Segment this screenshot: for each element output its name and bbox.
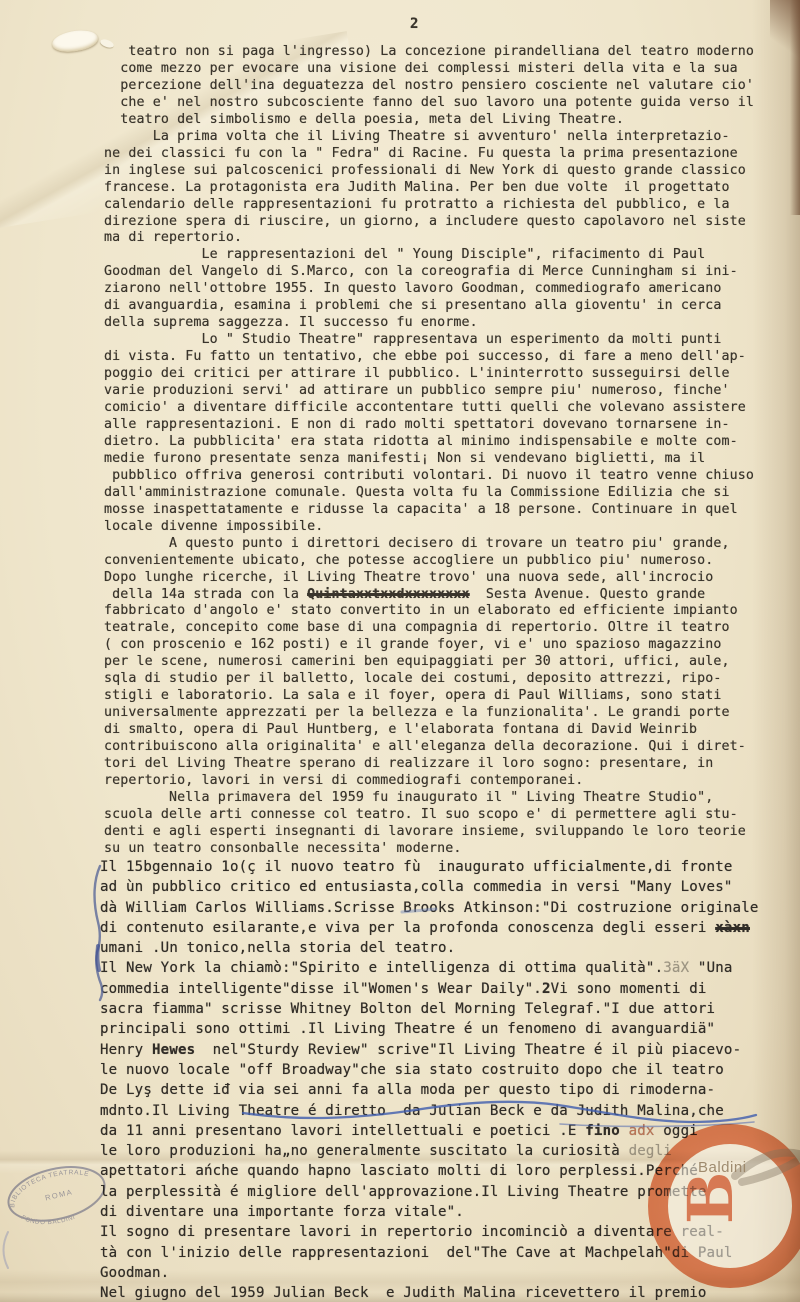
- text-line: Il New York la chiamò:"Spirito e intelli…: [100, 958, 759, 978]
- paper-corner-dark: [770, 0, 800, 70]
- text-line: principali sono ottimi .Il Living Theatr…: [100, 1019, 759, 1039]
- text-line: di contenuto esilarante,e viva per la pr…: [100, 918, 759, 938]
- text-line: poggio dei critici per attirare il pubbl…: [104, 366, 754, 383]
- document-page: 2 teatro non si paga l'ingresso) La conc…: [0, 0, 800, 1302]
- text-line: ad ùn pubblico critico ed entusiasta,col…: [100, 877, 759, 897]
- pen-margin-mark-blob: [97, 946, 99, 970]
- text-line: umani .Un tonico,nella storia del teatro…: [100, 938, 759, 958]
- text-segment: "Una: [689, 960, 732, 976]
- text-line: Goodman.: [100, 1263, 759, 1283]
- text-line: teatro non si paga l'ingresso) La concez…: [104, 44, 754, 61]
- stamp-oval-text-middle: ROMA: [44, 1187, 74, 1202]
- text-line: pubblico offriva generosi contributi vol…: [104, 468, 754, 485]
- text-segment: 3äX: [663, 960, 689, 976]
- text-line: di smalto, opera di Paul Huntberg, e l'e…: [104, 722, 754, 739]
- text-line: della 14a strada con la Quintaxxtxxdxxxx…: [104, 587, 754, 604]
- text-segment: 2: [542, 981, 551, 997]
- text-line: teatrale, concepito come base di una com…: [104, 620, 754, 637]
- text-line: ziarono nell'ottobre 1955. In questo lav…: [104, 281, 754, 298]
- text-line: Goodman del Vangelo di S.Marco, con la c…: [104, 264, 754, 281]
- text-line: varie produzioni servi' ad attirare un p…: [104, 383, 754, 400]
- text-line: teatro del simbolismo e della poesia, me…: [104, 112, 754, 129]
- text-line: Henry Hewes nel"Sturdy Review" scrive"Il…: [100, 1040, 759, 1060]
- text-line: universalmente apprezzati per la bellezz…: [104, 705, 754, 722]
- text-line: dall'amministrazione comunale. Questa vo…: [104, 485, 754, 502]
- svg-text:BIBLIOTECA TEATRALE: BIBLIOTECA TEATRALE: [4, 1163, 95, 1209]
- text-line: ma di repertorio.: [104, 230, 754, 247]
- text-line: Le rappresentazioni del " Young Disciple…: [104, 247, 754, 264]
- text-line: di diventare una importante forza vitale…: [100, 1202, 759, 1222]
- text-line: Nella primavera del 1959 fu inaugurato i…: [104, 790, 754, 807]
- stamp-oval-text-top: BIBLIOTECA TEATRALE: [4, 1163, 95, 1209]
- text-line: su un teatro consonballe necessita' mode…: [104, 841, 754, 858]
- text-line: Il sogno di presentare lavori in reperto…: [100, 1222, 759, 1242]
- text-line: da 11 anni presentano lavori intellettua…: [100, 1121, 759, 1141]
- text-line: Il 15bgennaio 1o(ç il nuovo teatro fù in…: [100, 857, 759, 877]
- text-segment: Sesta Avenue. Questo grande: [470, 587, 706, 602]
- text-segment: Hewes: [152, 1042, 195, 1058]
- text-line: percezione dell'ina deguatezza del nostr…: [104, 78, 754, 95]
- text-line: che e' nel nostro subcosciente fanno del…: [104, 95, 754, 112]
- text-segment: commedia intelligente"disse il"Women's W…: [100, 981, 542, 997]
- text-line: la perplessità é migliore dell'approvazi…: [100, 1182, 759, 1202]
- text-line: Lo " Studio Theatre" rappresentava un es…: [104, 332, 754, 349]
- text-segment: Quintaxxtxxdxxxxxxxx: [307, 587, 470, 602]
- text-line: stigli e laboratorio. La sala e il foyer…: [104, 688, 754, 705]
- text-line: mdnto.Il Living Theatre é diretto da Jul…: [100, 1101, 759, 1121]
- text-line: commedia intelligente"disse il"Women's W…: [100, 979, 759, 999]
- paper-tear: [51, 27, 100, 55]
- stamp-oval-border: [3, 1158, 110, 1229]
- text-line: A questo punto i direttori decisero di t…: [104, 536, 754, 553]
- pen-arc-bottom-left: [4, 1232, 9, 1268]
- text-line: ne dei classici fu con la " Fedra" di Ra…: [104, 146, 754, 163]
- text-line: sqla di studio per il balletto, locale d…: [104, 671, 754, 688]
- text-line: mosse inaspettatamente e ridusse la capa…: [104, 502, 754, 519]
- text-line: contribuiscono alla originalita' e all'e…: [104, 739, 754, 756]
- text-line: dietro. La pubblicita' era stata ridotta…: [104, 434, 754, 451]
- text-line: Nel giugno del 1959 Julian Beck e Judith…: [100, 1283, 759, 1302]
- text-line: direzione spera di riuscire, un giorno, …: [104, 214, 754, 231]
- text-segment: della 14a strada con la: [104, 587, 307, 602]
- text-segment: Il New York la chiamò:"Spirito e intelli…: [100, 960, 663, 976]
- text-line: calendario delle rappresentazioni fu pro…: [104, 197, 754, 214]
- text-line: di vista. Fu fatto un tentativo, che ebb…: [104, 349, 754, 366]
- text-line: per le scene, numerosi camerini ben equi…: [104, 654, 754, 671]
- text-segment: fino: [585, 1123, 620, 1139]
- text-line: scuola delle arti connesse col teatro. I…: [104, 807, 754, 824]
- page-number: 2: [410, 16, 418, 32]
- text-line: apettatori ańche quando hapno lasciato m…: [100, 1161, 759, 1181]
- typescript-section-top: teatro non si paga l'ingresso) La concez…: [104, 44, 754, 858]
- text-line: dà William Carlos Williams.Scrisse Brook…: [100, 898, 759, 918]
- text-line: Dopo lunghe ricerche, il Living Theatre …: [104, 570, 754, 587]
- text-line: convenientemente ubicato, che potesse ac…: [104, 553, 754, 570]
- text-line: ( con proscenio e 162 posti) e il grande…: [104, 637, 754, 654]
- text-line: della suprema saggezza. Il successo fu e…: [104, 315, 754, 332]
- text-segment: xàxn: [715, 920, 750, 936]
- text-line: La prima volta che il Living Theatre si …: [104, 129, 754, 146]
- text-segment: oggi: [655, 1123, 698, 1139]
- text-line: De Lyş dette iđ via sei anni fa alla mod…: [100, 1080, 759, 1100]
- text-line: fabbricato d'angolo e' stato convertito …: [104, 603, 754, 620]
- text-line: tori del Living Theatre sperano di reali…: [104, 756, 754, 773]
- text-segment: da 11 anni presentano lavori intellettua…: [100, 1123, 585, 1139]
- text-line: medie furono presentate senza manifesti¡…: [104, 451, 754, 468]
- text-line: repertorio, lavori in versi di commediog…: [104, 773, 754, 790]
- text-segment: le loro produzioni ha„no generalmente su…: [100, 1143, 629, 1159]
- text-line: sacra fiamma" scrisse Whitney Bolton del…: [100, 999, 759, 1019]
- text-segment: Henry: [100, 1042, 152, 1058]
- text-segment: nel"Sturdy Review" scrive"Il Living Thea…: [195, 1042, 741, 1058]
- text-segment: [620, 1123, 629, 1139]
- text-line: le nuovo locale "off Broadway"che sia st…: [100, 1060, 759, 1080]
- text-segment: degli: [629, 1143, 672, 1159]
- text-segment: adx: [629, 1123, 655, 1139]
- text-line: locale divenne impossibile.: [104, 519, 754, 536]
- paper-edge-shadow: [752, 0, 800, 1302]
- text-line: in inglese sui palcoscenici professional…: [104, 163, 754, 180]
- text-line: come mezzo per evocare una visione dei c…: [104, 61, 754, 78]
- stamp-oval-text-bottom: FONDO BALDINI: [19, 1203, 77, 1234]
- text-segment: di contenuto esilarante,e viva per la pr…: [100, 920, 715, 936]
- text-line: tà con l'inizio delle rappresentazioni d…: [100, 1243, 759, 1263]
- text-segment: Vi sono momenti di: [551, 981, 707, 997]
- text-line: francese. La protagonista era Judith Mal…: [104, 180, 754, 197]
- paper-edge-dark: [790, 0, 800, 215]
- text-line: denti e agli esperti insegnanti di lavor…: [104, 824, 754, 841]
- typescript-section-bottom: Il 15bgennaio 1o(ç il nuovo teatro fù in…: [100, 857, 759, 1302]
- text-line: comicio' a diventare difficile accontent…: [104, 400, 754, 417]
- text-line: le loro produzioni ha„no generalmente su…: [100, 1141, 759, 1161]
- svg-text:FONDO BALDINI: FONDO BALDINI: [19, 1203, 77, 1234]
- text-line: di avanguardia, esamina i problemi che s…: [104, 298, 754, 315]
- text-line: alle rappresentazioni. E non di rado mol…: [104, 417, 754, 434]
